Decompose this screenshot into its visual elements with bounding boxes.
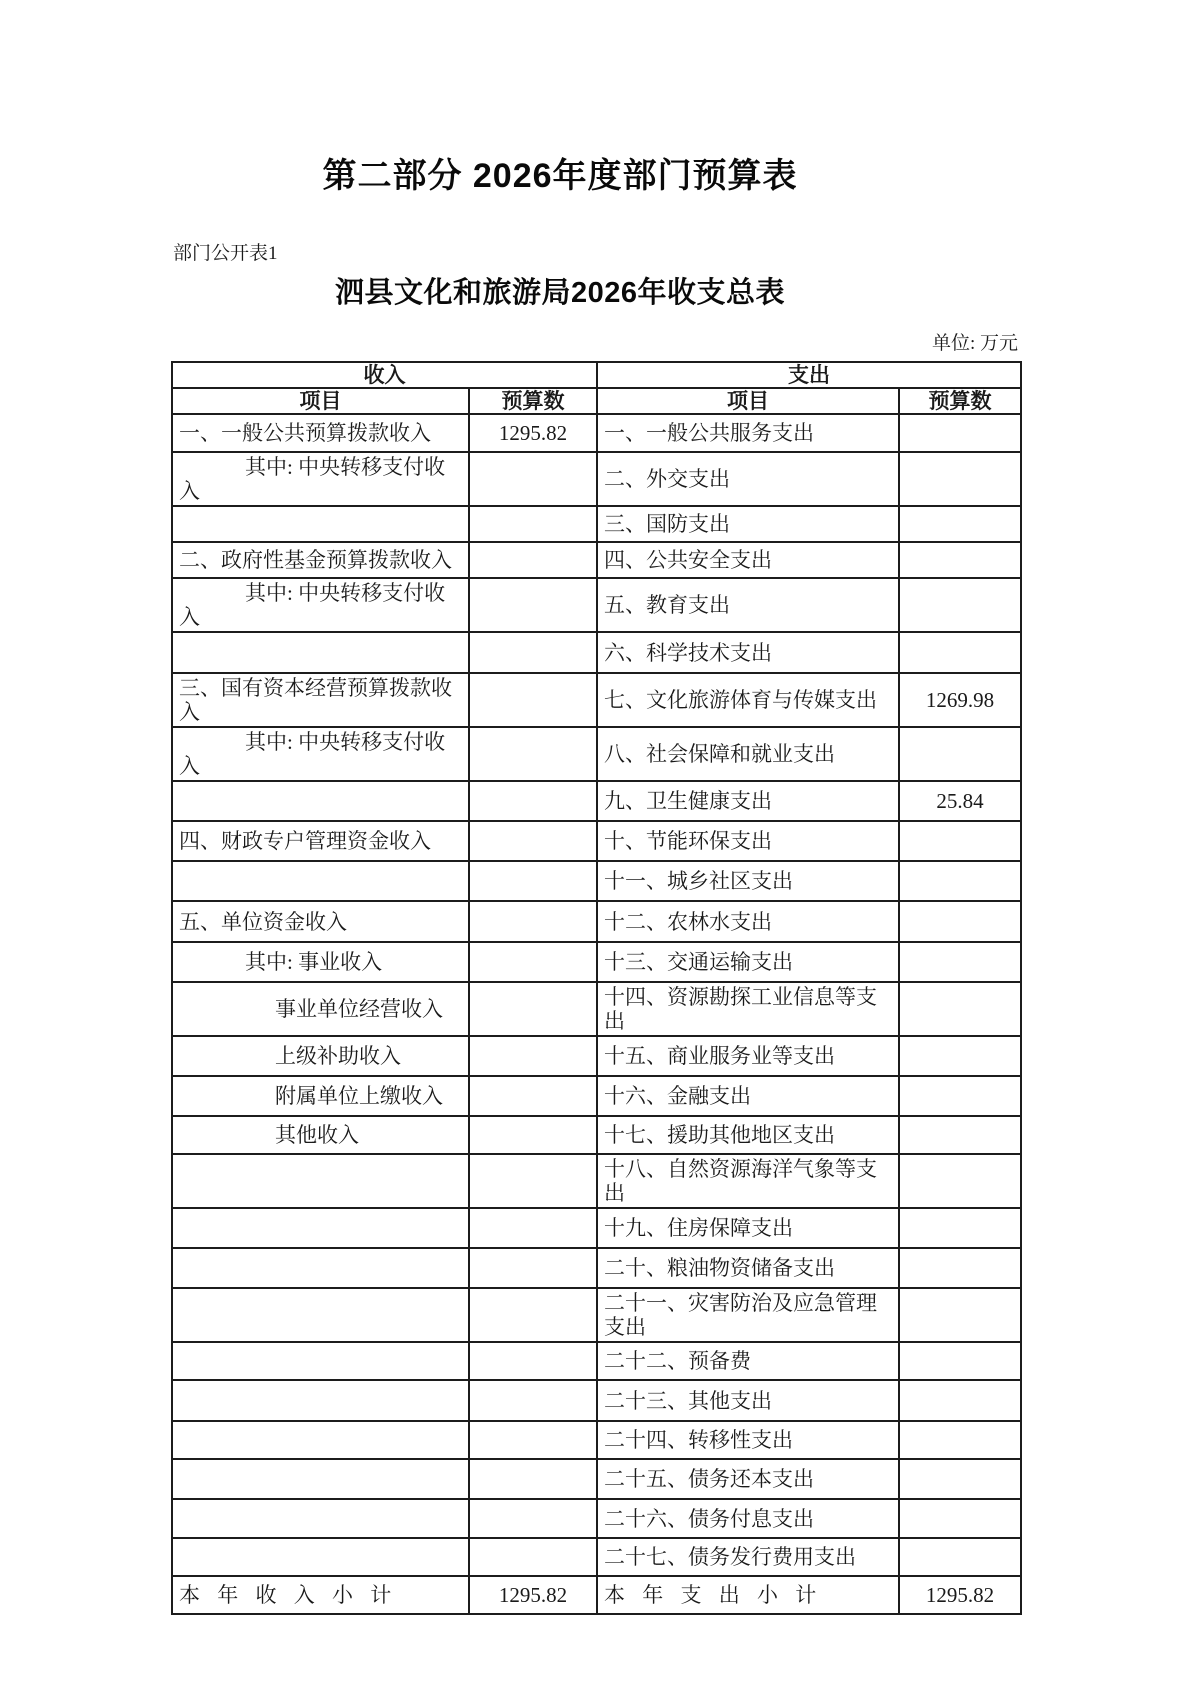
table-row: 四、财政专户管理资金收入 十、节能环保支出 (172, 821, 1021, 861)
expense-item-cell: 十一、城乡社区支出 (597, 861, 899, 901)
table-row: 二十四、转移性支出 (172, 1421, 1021, 1459)
expense-budget-cell (899, 578, 1021, 632)
expense-item-cell: 十六、金融支出 (597, 1076, 899, 1116)
income-budget-cell (469, 1459, 597, 1499)
income-item-cell (172, 506, 469, 542)
income-budget-cell (469, 673, 597, 727)
income-item-cell (172, 1499, 469, 1538)
table-row: 二十三、其他支出 (172, 1380, 1021, 1421)
income-item-cell: 五、单位资金收入 (172, 901, 469, 942)
expense-budget-cell (899, 1208, 1021, 1248)
table-row: 二十二、预备费 (172, 1342, 1021, 1380)
income-budget-cell (469, 901, 597, 942)
table-row: 二十七、债务发行费用支出 (172, 1538, 1021, 1576)
expense-subtotal-value: 1295.82 (899, 1576, 1021, 1614)
income-subtotal-label: 本 年 收 入 小 计 (172, 1576, 469, 1614)
table-row: 一、一般公共预算拨款收入 1295.82 一、一般公共服务支出 (172, 414, 1021, 452)
income-item-cell: 其中: 中央转移支付收入 (172, 727, 469, 781)
income-section-header: 收入 (172, 362, 597, 388)
expense-item-cell: 二十、粮油物资储备支出 (597, 1248, 899, 1288)
table-row: 三、国有资本经营预算拨款收入 七、文化旅游体育与传媒支出 1269.98 (172, 673, 1021, 727)
table-row: 二十、粮油物资储备支出 (172, 1248, 1021, 1288)
table-row: 二十五、债务还本支出 (172, 1459, 1021, 1499)
income-budget-cell (469, 1208, 597, 1248)
income-budget-cell (469, 727, 597, 781)
income-item-cell (172, 781, 469, 821)
income-budget-cell (469, 578, 597, 632)
income-budget-cell (469, 542, 597, 578)
expense-item-cell: 十九、住房保障支出 (597, 1208, 899, 1248)
income-item-cell: 其中: 中央转移支付收入 (172, 452, 469, 506)
table-row: 九、卫生健康支出 25.84 (172, 781, 1021, 821)
expense-budget-cell (899, 1499, 1021, 1538)
expense-budget-cell (899, 506, 1021, 542)
income-item-cell (172, 632, 469, 673)
expense-item-cell: 十八、自然资源海洋气象等支出 (597, 1154, 899, 1208)
expense-item-cell: 十四、资源勘探工业信息等支出 (597, 982, 899, 1036)
table-row: 二十一、灾害防治及应急管理支出 (172, 1288, 1021, 1342)
income-item-header: 项目 (172, 388, 469, 414)
expense-budget-cell (899, 1116, 1021, 1154)
income-item-cell (172, 1208, 469, 1248)
expense-item-cell: 十五、商业服务业等支出 (597, 1036, 899, 1076)
income-subtotal-value: 1295.82 (469, 1576, 597, 1614)
expense-item-cell: 二十一、灾害防治及应急管理支出 (597, 1288, 899, 1342)
expense-item-cell: 二十五、债务还本支出 (597, 1459, 899, 1499)
table-row: 上级补助收入 十五、商业服务业等支出 (172, 1036, 1021, 1076)
expense-item-cell: 二十三、其他支出 (597, 1380, 899, 1421)
table-row: 三、国防支出 (172, 506, 1021, 542)
income-budget-cell (469, 506, 597, 542)
expense-item-cell: 二十二、预备费 (597, 1342, 899, 1380)
income-budget-cell (469, 1036, 597, 1076)
income-item-cell (172, 1538, 469, 1576)
expense-item-cell: 十二、农林水支出 (597, 901, 899, 942)
income-budget-cell (469, 942, 597, 982)
table-row: 二、政府性基金预算拨款收入 四、公共安全支出 (172, 542, 1021, 578)
expense-item-cell: 十、节能环保支出 (597, 821, 899, 861)
budget-summary-table: 收入 支出 项目 预算数 项目 预算数 一、一般公共预算拨款收入 1295.82… (171, 361, 1022, 1615)
expense-item-cell: 四、公共安全支出 (597, 542, 899, 578)
table-title: 泗县文化和旅游局2026年收支总表 (0, 270, 1120, 311)
expense-budget-header: 预算数 (899, 388, 1021, 414)
income-item-cell (172, 1248, 469, 1288)
income-item-cell: 附属单位上缴收入 (172, 1076, 469, 1116)
income-budget-cell (469, 1342, 597, 1380)
table-row: 六、科学技术支出 (172, 632, 1021, 673)
table-row: 其中: 中央转移支付收入 二、外交支出 (172, 452, 1021, 506)
table-row: 十一、城乡社区支出 (172, 861, 1021, 901)
table-row: 其中: 中央转移支付收入 五、教育支出 (172, 578, 1021, 632)
expense-budget-cell (899, 632, 1021, 673)
income-item-cell (172, 1421, 469, 1459)
table-row: 其他收入 十七、援助其他地区支出 (172, 1116, 1021, 1154)
income-item-cell: 四、财政专户管理资金收入 (172, 821, 469, 861)
expense-section-header: 支出 (597, 362, 1021, 388)
table-row: 五、单位资金收入 十二、农林水支出 (172, 901, 1021, 942)
income-budget-cell (469, 1154, 597, 1208)
expense-budget-cell (899, 942, 1021, 982)
subtotal-row: 本 年 收 入 小 计 1295.82 本 年 支 出 小 计 1295.82 (172, 1576, 1021, 1614)
expense-item-cell: 二、外交支出 (597, 452, 899, 506)
income-budget-cell (469, 1116, 597, 1154)
expense-item-cell: 八、社会保障和就业支出 (597, 727, 899, 781)
column-header-row: 项目 预算数 项目 预算数 (172, 388, 1021, 414)
expense-budget-cell (899, 727, 1021, 781)
income-budget-cell (469, 1421, 597, 1459)
expense-budget-cell (899, 982, 1021, 1036)
income-budget-cell (469, 1288, 597, 1342)
section-header-row: 收入 支出 (172, 362, 1021, 388)
expense-budget-cell (899, 414, 1021, 452)
income-budget-header: 预算数 (469, 388, 597, 414)
expense-budget-cell (899, 1288, 1021, 1342)
income-item-cell (172, 1459, 469, 1499)
income-item-cell: 三、国有资本经营预算拨款收入 (172, 673, 469, 727)
expense-item-cell: 十三、交通运输支出 (597, 942, 899, 982)
expense-item-cell: 七、文化旅游体育与传媒支出 (597, 673, 899, 727)
expense-budget-cell (899, 1036, 1021, 1076)
expense-budget-cell (899, 1538, 1021, 1576)
expense-budget-cell (899, 542, 1021, 578)
unit-note: 单位: 万元 (932, 328, 1018, 355)
expense-budget-cell (899, 1421, 1021, 1459)
income-item-cell: 其中: 事业收入 (172, 942, 469, 982)
income-budget-cell (469, 781, 597, 821)
income-item-cell: 事业单位经营收入 (172, 982, 469, 1036)
income-item-cell: 其他收入 (172, 1116, 469, 1154)
expense-item-cell: 六、科学技术支出 (597, 632, 899, 673)
income-item-cell: 一、一般公共预算拨款收入 (172, 414, 469, 452)
table-row: 其中: 中央转移支付收入 八、社会保障和就业支出 (172, 727, 1021, 781)
income-budget-cell (469, 1499, 597, 1538)
expense-budget-cell (899, 1459, 1021, 1499)
expense-subtotal-label: 本 年 支 出 小 计 (597, 1576, 899, 1614)
income-item-cell: 其中: 中央转移支付收入 (172, 578, 469, 632)
income-item-cell (172, 1342, 469, 1380)
expense-item-cell: 二十七、债务发行费用支出 (597, 1538, 899, 1576)
table-row: 十八、自然资源海洋气象等支出 (172, 1154, 1021, 1208)
table-row: 事业单位经营收入 十四、资源勘探工业信息等支出 (172, 982, 1021, 1036)
expense-budget-cell (899, 1342, 1021, 1380)
income-budget-cell (469, 1076, 597, 1116)
expense-budget-cell (899, 1248, 1021, 1288)
expense-item-cell: 二十六、债务付息支出 (597, 1499, 899, 1538)
expense-item-cell: 五、教育支出 (597, 578, 899, 632)
expense-budget-cell (899, 1380, 1021, 1421)
income-budget-cell (469, 821, 597, 861)
document-page: 第二部分 2026年度部门预算表 部门公开表1 泗县文化和旅游局2026年收支总… (0, 0, 1190, 1684)
expense-item-cell: 一、一般公共服务支出 (597, 414, 899, 452)
income-item-cell (172, 1380, 469, 1421)
expense-item-header: 项目 (597, 388, 899, 414)
expense-budget-cell (899, 452, 1021, 506)
expense-budget-cell (899, 1154, 1021, 1208)
expense-budget-cell: 1269.98 (899, 673, 1021, 727)
expense-item-cell: 九、卫生健康支出 (597, 781, 899, 821)
expense-budget-cell (899, 1076, 1021, 1116)
table-row: 二十六、债务付息支出 (172, 1499, 1021, 1538)
income-budget-cell (469, 632, 597, 673)
income-budget-cell (469, 1538, 597, 1576)
expense-budget-cell (899, 861, 1021, 901)
income-budget-cell (469, 452, 597, 506)
expense-budget-cell (899, 821, 1021, 861)
expense-budget-cell: 25.84 (899, 781, 1021, 821)
table-row: 附属单位上缴收入 十六、金融支出 (172, 1076, 1021, 1116)
income-item-cell: 二、政府性基金预算拨款收入 (172, 542, 469, 578)
expense-budget-cell (899, 901, 1021, 942)
table-label: 部门公开表1 (173, 238, 278, 265)
part-title: 第二部分 2026年度部门预算表 (0, 148, 1120, 197)
income-item-cell (172, 1154, 469, 1208)
expense-item-cell: 十七、援助其他地区支出 (597, 1116, 899, 1154)
table-row: 十九、住房保障支出 (172, 1208, 1021, 1248)
income-item-cell (172, 1288, 469, 1342)
income-budget-cell (469, 861, 597, 901)
income-item-cell: 上级补助收入 (172, 1036, 469, 1076)
income-item-cell (172, 861, 469, 901)
income-budget-cell (469, 1380, 597, 1421)
table-row: 其中: 事业收入 十三、交通运输支出 (172, 942, 1021, 982)
expense-item-cell: 三、国防支出 (597, 506, 899, 542)
income-budget-cell: 1295.82 (469, 414, 597, 452)
income-budget-cell (469, 982, 597, 1036)
income-budget-cell (469, 1248, 597, 1288)
expense-item-cell: 二十四、转移性支出 (597, 1421, 899, 1459)
